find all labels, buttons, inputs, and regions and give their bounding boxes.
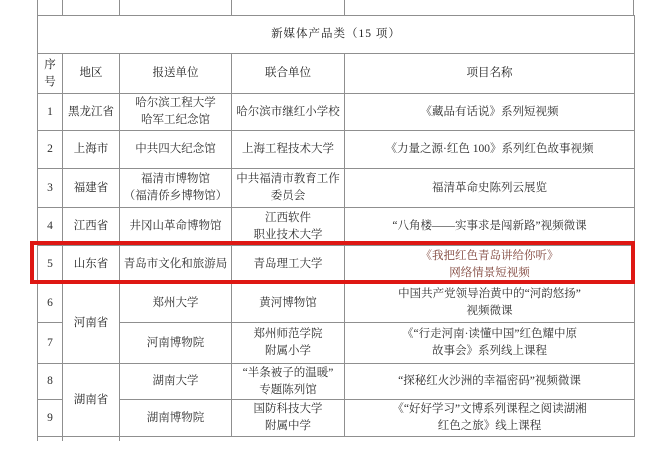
submitter-cell: 青岛市文化和旅游局 [120,246,232,284]
partner-cell: “半条被子的温暖” 专题陈列馆 [232,364,345,400]
partner-cell: 哈尔滨市继红小学校 [232,94,345,131]
project-cell: 《我把红色青岛讲给你听》 网络情景短视频 [345,246,635,284]
table-row: 8 湖南省 湖南大学 “半条被子的温暖” 专题陈列馆 “探秘红火沙洲的幸福密码”… [38,364,635,400]
row-no-cell: 9 [38,400,63,436]
header-project: 项目名称 [345,54,635,94]
region-cell: 山东省 [63,246,120,284]
region-cell-merged: 湖南省 [63,364,120,437]
partner-cell: 上海工程技术大学 [232,131,345,169]
row-no-cell: 5 [38,246,63,284]
row-no-cell: 1 [38,94,63,131]
region-cell-merged: 河南省 [63,284,120,364]
partner-cell: 中共福清市教育工作 委员会 [232,169,345,208]
row-no-cell: 8 [38,364,63,400]
table-row: 4 江西省 井冈山革命博物馆 江西软件 职业技术大学 “八角楼——实事求是闯新路… [38,208,635,246]
partner-cell: 青岛理工大学 [232,246,345,284]
table-row: 1 黑龙江省 哈尔滨工程大学 哈军工纪念馆 哈尔滨市继红小学校 《藏品有话说》系… [38,94,635,131]
partner-cell: 黄河博物馆 [232,284,345,323]
gridline-stub [633,0,634,15]
row-no-cell: 2 [38,131,63,169]
project-cell: 《藏品有话说》系列短视频 [345,94,635,131]
gridline-stub [62,0,63,15]
partner-cell: 江西软件 职业技术大学 [232,208,345,246]
submitter-cell: 中共四大纪念馆 [120,131,232,169]
header-partner: 联合单位 [232,54,345,94]
row-no-cell: 3 [38,169,63,208]
project-cell: 《“行走河南·读懂中国”红色耀中原 故事会》系列线上课程 [345,323,635,364]
submitter-cell: 井冈山革命博物馆 [120,208,232,246]
gridline-stub [119,0,120,15]
document-page: 新媒体产品类（15 项） 序 号 地区 报送单位 联合单位 项目名称 1 黑龙江… [0,0,661,461]
gridline-stub [344,0,345,15]
table-row: 3 福建省 福清市博物馆 （福清侨乡博物馆） 中共福清市教育工作 委员会 福清革… [38,169,635,208]
row-no-cell: 4 [38,208,63,246]
project-cell: 中国共产党领导治黄中的“河韵悠扬” 视频微课 [345,284,635,323]
project-cell: “八角楼——实事求是闯新路”视频微课 [345,208,635,246]
row-no-cell: 7 [38,323,63,364]
submitter-cell: 河南博物院 [120,323,232,364]
region-cell: 福建省 [63,169,120,208]
project-cell: 《“好好学习”文博系列课程之阅读湖湘 红色之旅》线上课程 [345,400,635,436]
region-cell: 江西省 [63,208,120,246]
partner-cell: 郑州师范学院 附属小学 [232,323,345,364]
header-region: 地区 [63,54,120,94]
project-cell: 《力量之源·红色 100》系列红色故事视频 [345,131,635,169]
submitter-cell: 哈尔滨工程大学 哈军工纪念馆 [120,94,232,131]
table-title-row: 新媒体产品类（15 项） [38,16,635,54]
table-row: 7 河南博物院 郑州师范学院 附属小学 《“行走河南·读懂中国”红色耀中原 故事… [38,323,635,364]
table-row: 2 上海市 中共四大纪念馆 上海工程技术大学 《力量之源·红色 100》系列红色… [38,131,635,169]
submitter-cell: 郑州大学 [120,284,232,323]
table-title: 新媒体产品类（15 项） [38,16,635,54]
project-cell: “探秘红火沙洲的幸福密码”视频微课 [345,364,635,400]
region-cell: 上海市 [63,131,120,169]
submitter-cell: 福清市博物馆 （福清侨乡博物馆） [120,169,232,208]
submitter-cell: 湖南博物院 [120,400,232,436]
table-row-highlighted: 5 山东省 青岛市文化和旅游局 青岛理工大学 《我把红色青岛讲给你听》 网络情景… [38,246,635,284]
gridline-stub [37,0,38,15]
project-cell: 福清革命史陈列云展览 [345,169,635,208]
gridline-stub [231,0,232,15]
header-submitter: 报送单位 [120,54,232,94]
partner-cell: 国防科技大学 附属中学 [232,400,345,436]
submitter-cell: 湖南大学 [120,364,232,400]
header-no: 序 号 [38,54,63,94]
table-row: 9 湖南博物院 国防科技大学 附属中学 《“好好学习”文博系列课程之阅读湖湘 红… [38,400,635,436]
region-cell: 黑龙江省 [63,94,120,131]
table-row: 6 河南省 郑州大学 黄河博物馆 中国共产党领导治黄中的“河韵悠扬” 视频微课 [38,284,635,323]
table-header-row: 序 号 地区 报送单位 联合单位 项目名称 [38,54,635,94]
award-table: 新媒体产品类（15 项） 序 号 地区 报送单位 联合单位 项目名称 1 黑龙江… [37,15,635,437]
row-no-cell: 6 [38,284,63,323]
